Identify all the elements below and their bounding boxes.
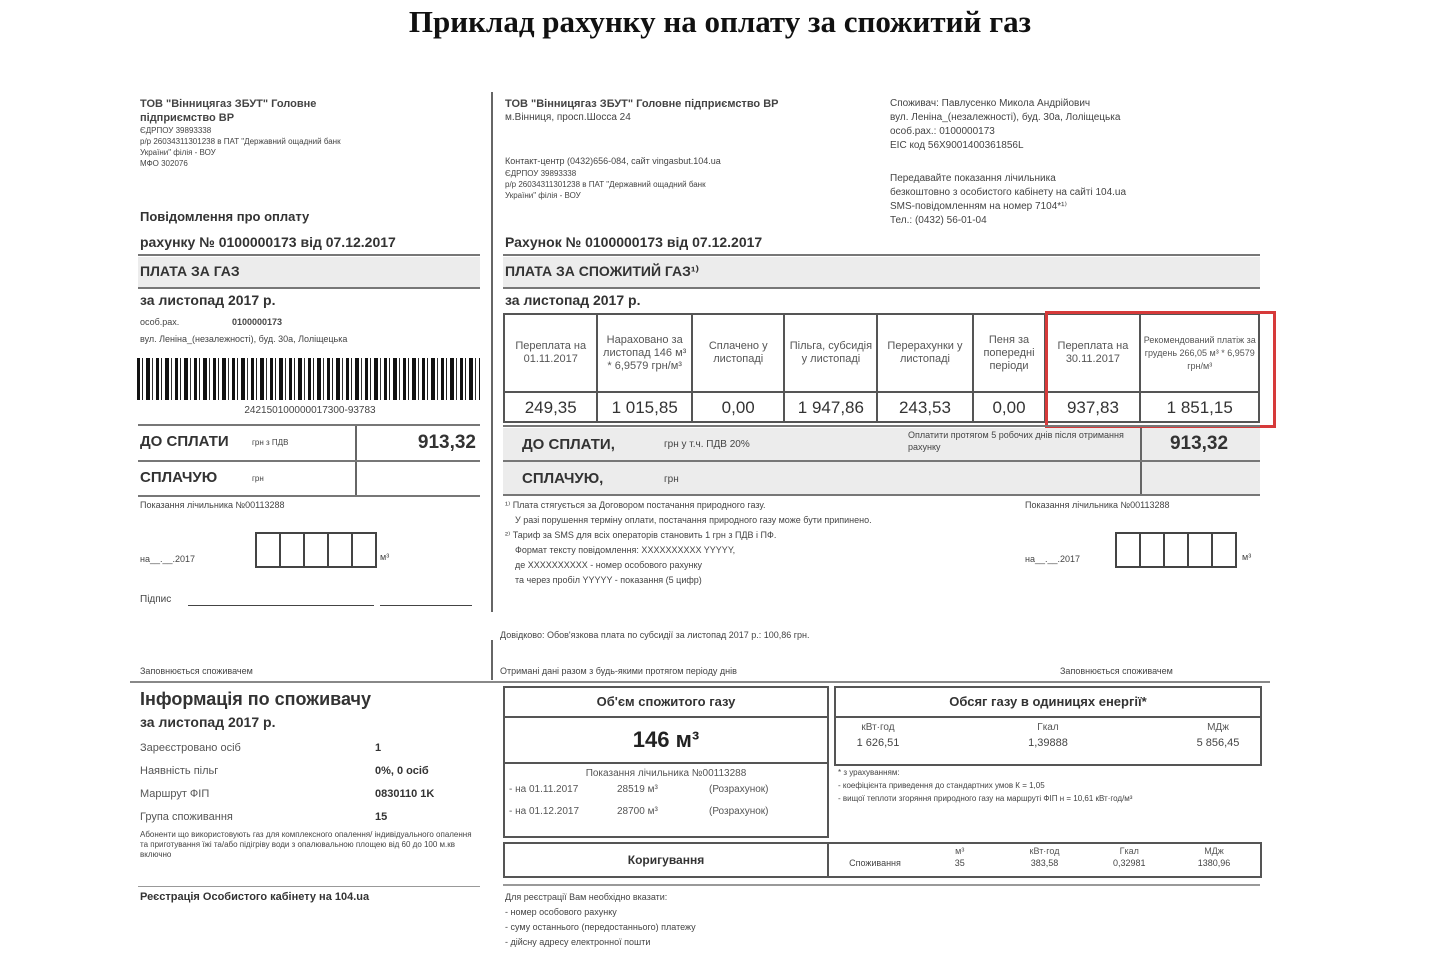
page-title: Приклад рахунку на оплату за спожитий га… <box>0 4 1440 40</box>
stub-invoice-line: рахунку № 0100000173 від 07.12.2017 <box>140 234 396 250</box>
stub-to-pay-value: 913,32 <box>360 432 476 454</box>
consumer-details: Споживач: Павлусенко Микола Андрійович в… <box>890 97 1120 153</box>
invoice-unit: м³ <box>1242 550 1251 564</box>
invoice-section: ПЛАТА ЗА СПОЖИТИЙ ГАЗ¹⁾ <box>505 263 699 280</box>
reference-note: Довідково: Обов'язкова плата по субсидії… <box>500 628 810 642</box>
energy-notes: * з урахуванням: - коефіцієнта приведенн… <box>838 766 1258 805</box>
energy-header: Гкал <box>1018 722 1078 733</box>
volume-title: Об'єм спожитого газу <box>505 688 827 718</box>
registration-title: Реєстрація Особистого кабінету на 104.ua <box>140 891 369 903</box>
invoice-company: ТОВ "Вінницягаз ЗБУТ" Головне підприємст… <box>505 97 779 125</box>
energy-values: 1 626,511,398885 856,45 <box>836 733 1260 749</box>
invoice-to-pay-label: ДО СПЛАТИ, <box>522 436 615 453</box>
signature-name-line[interactable] <box>380 605 472 606</box>
invoice-date-label: на__.__.2017 <box>1025 552 1080 566</box>
signature-line[interactable] <box>188 605 374 606</box>
energy-value: 1,39888 <box>1018 737 1078 749</box>
charges-value-cell: 1 947,86 <box>784 392 877 422</box>
highlight-box <box>1045 311 1276 428</box>
stub-address: вул. Леніна_(незалежності), буд. 30а, Ло… <box>140 332 347 346</box>
stub-to-pay-label: ДО СПЛАТИ <box>140 433 229 450</box>
charges-value-cell: 0,00 <box>692 392 785 422</box>
correction-row: Споживання35383,580,329811380,96 <box>829 856 1260 868</box>
energy-value: 5 856,45 <box>1188 737 1248 749</box>
stub-paid-unit: грн <box>252 472 264 486</box>
correction-header <box>845 846 905 856</box>
stub-date-label: на__.__.2017 <box>140 552 195 566</box>
stub-company: ТОВ "Вінницягаз ЗБУТ" Головне підприємст… <box>140 97 480 169</box>
stub-account-value: 0100000173 <box>232 315 282 329</box>
consumer-info-row: Маршрут ФІП0830110 1K <box>140 783 460 806</box>
barcode <box>137 358 480 400</box>
charges-header-cell: Пеня за попередні періоди <box>973 314 1046 392</box>
invoice-cut-right: Заповнюється споживачем <box>1060 664 1173 678</box>
correction-table: м³кВт·годГкалМДж Споживання35383,580,329… <box>827 842 1262 878</box>
invoice-contacts: Контакт-центр (0432)656-084, сайт vingas… <box>505 154 721 201</box>
correction-value: 35 <box>930 858 990 868</box>
invoice-paid-input[interactable] <box>1145 464 1257 492</box>
charges-value-cell: 243,53 <box>877 392 972 422</box>
invoice-line: Рахунок № 0100000173 від 07.12.2017 <box>505 234 762 250</box>
invoice-to-pay-note: Оплатити протягом 5 робочих днів після о… <box>908 429 1133 453</box>
volume-readings: - на 01.11.201728519 м³(Розрахунок)- на … <box>505 779 827 823</box>
meter-reading-row: - на 01.12.201728700 м³(Розрахунок) <box>509 801 827 823</box>
stub-cut-note: Заповнюється споживачем <box>140 664 253 678</box>
signature-label: Підпис <box>140 593 171 607</box>
stub-divider <box>491 92 493 612</box>
energy-header: МДж <box>1188 722 1248 733</box>
energy-header: кВт·год <box>848 722 908 733</box>
invoice-paid-label: СПЛАЧУЮ, <box>522 470 603 487</box>
invoice-meter-digits[interactable] <box>1115 532 1237 568</box>
stub-paid-input[interactable] <box>360 464 476 492</box>
charges-value-cell: 249,35 <box>504 392 597 422</box>
charges-header-cell: Сплачено у листопаді <box>692 314 785 392</box>
invoice-to-pay-unit: грн у т.ч. ПДВ 20% <box>664 438 750 452</box>
energy-box: Обсяг газу в одиницях енергії* кВт·годГк… <box>834 686 1262 766</box>
charges-header-cell: Перерахунки у листопаді <box>877 314 972 392</box>
consumer-info-rows: Зареєстровано осіб1Наявність пільг0%, 0 … <box>140 737 460 829</box>
invoice-meter-label: Показання лічильника №00113288 <box>1025 498 1170 512</box>
correction-value: 1380,96 <box>1184 858 1244 868</box>
consumer-info-row: Група споживання15 <box>140 806 460 829</box>
meter-hint: Передавайте показання лічильника безкошт… <box>890 172 1126 228</box>
cut-line <box>130 681 1270 683</box>
charges-header-cell: Переплата на 01.11.2017 <box>504 314 597 392</box>
energy-title: Обсяг газу в одиницях енергії* <box>836 688 1260 718</box>
energy-value: 1 626,51 <box>848 737 908 749</box>
invoice-period: за листопад 2017 р. <box>505 292 640 308</box>
barcode-number: 242150100000017300-93783 <box>140 404 480 418</box>
stub-meter-digits[interactable] <box>255 532 377 568</box>
correction-value: Споживання <box>845 858 905 868</box>
invoice-to-pay-value: 913,32 <box>1145 433 1253 455</box>
correction-header: Гкал <box>1099 846 1159 856</box>
invoice-footnotes: ¹⁾ Плата стягується за Договором постача… <box>505 498 872 588</box>
volume-meter-label: Показання лічильника №00113288 <box>505 768 827 779</box>
charges-value-cell: 0,00 <box>973 392 1046 422</box>
invoice-paid-unit: грн <box>664 473 679 487</box>
stub-section: ПЛАТА ЗА ГАЗ <box>140 263 240 279</box>
correction-header: кВт·год <box>1015 846 1075 856</box>
correction-title: Коригування <box>503 842 829 878</box>
stub-notice-title: Повідомлення про оплату <box>140 209 309 224</box>
correction-headers: м³кВт·годГкалМДж <box>829 844 1260 856</box>
stub-paid-label: СПЛАЧУЮ <box>140 469 217 486</box>
correction-value: 0,32981 <box>1099 858 1159 868</box>
stub-period: за листопад 2017 р. <box>140 292 275 308</box>
charges-value-cell: 1 015,85 <box>597 392 692 422</box>
charges-header-cell: Пільга, субсидія у листопаді <box>784 314 877 392</box>
stub-unit: м³ <box>380 550 389 564</box>
stub-account-label: особ.рах. <box>140 315 179 329</box>
volume-box: Об'єм спожитого газу 146 м³ Показання лі… <box>503 686 829 838</box>
consumer-info-note: Абоненти що використовують газ для компл… <box>140 830 480 860</box>
stub-to-pay-unit: грн з ПДВ <box>252 436 288 450</box>
meter-reading-row: - на 01.11.201728519 м³(Розрахунок) <box>509 779 827 801</box>
charges-header-cell: Нараховано за листопад 146 м³ * 6,9579 г… <box>597 314 692 392</box>
stub-meter-label: Показання лічильника №00113288 <box>140 498 285 512</box>
energy-headers: кВт·годГкалМДж <box>836 718 1260 733</box>
consumer-info-row: Зареєстровано осіб1 <box>140 737 460 760</box>
stub-divider-lower <box>491 640 493 680</box>
correction-header: м³ <box>930 846 990 856</box>
registration-info: Для реєстрації Вам необхідно вказати: - … <box>505 890 696 950</box>
consumer-info-period: за листопад 2017 р. <box>140 714 275 730</box>
consumer-info-row: Наявність пільг0%, 0 осіб <box>140 760 460 783</box>
consumer-info-title: Інформація по споживачу <box>140 689 371 710</box>
correction-value: 383,58 <box>1015 858 1075 868</box>
invoice-cut-left: Отримані дані разом з будь-якими протяго… <box>500 664 737 678</box>
correction-header: МДж <box>1184 846 1244 856</box>
volume-value: 146 м³ <box>505 718 827 764</box>
